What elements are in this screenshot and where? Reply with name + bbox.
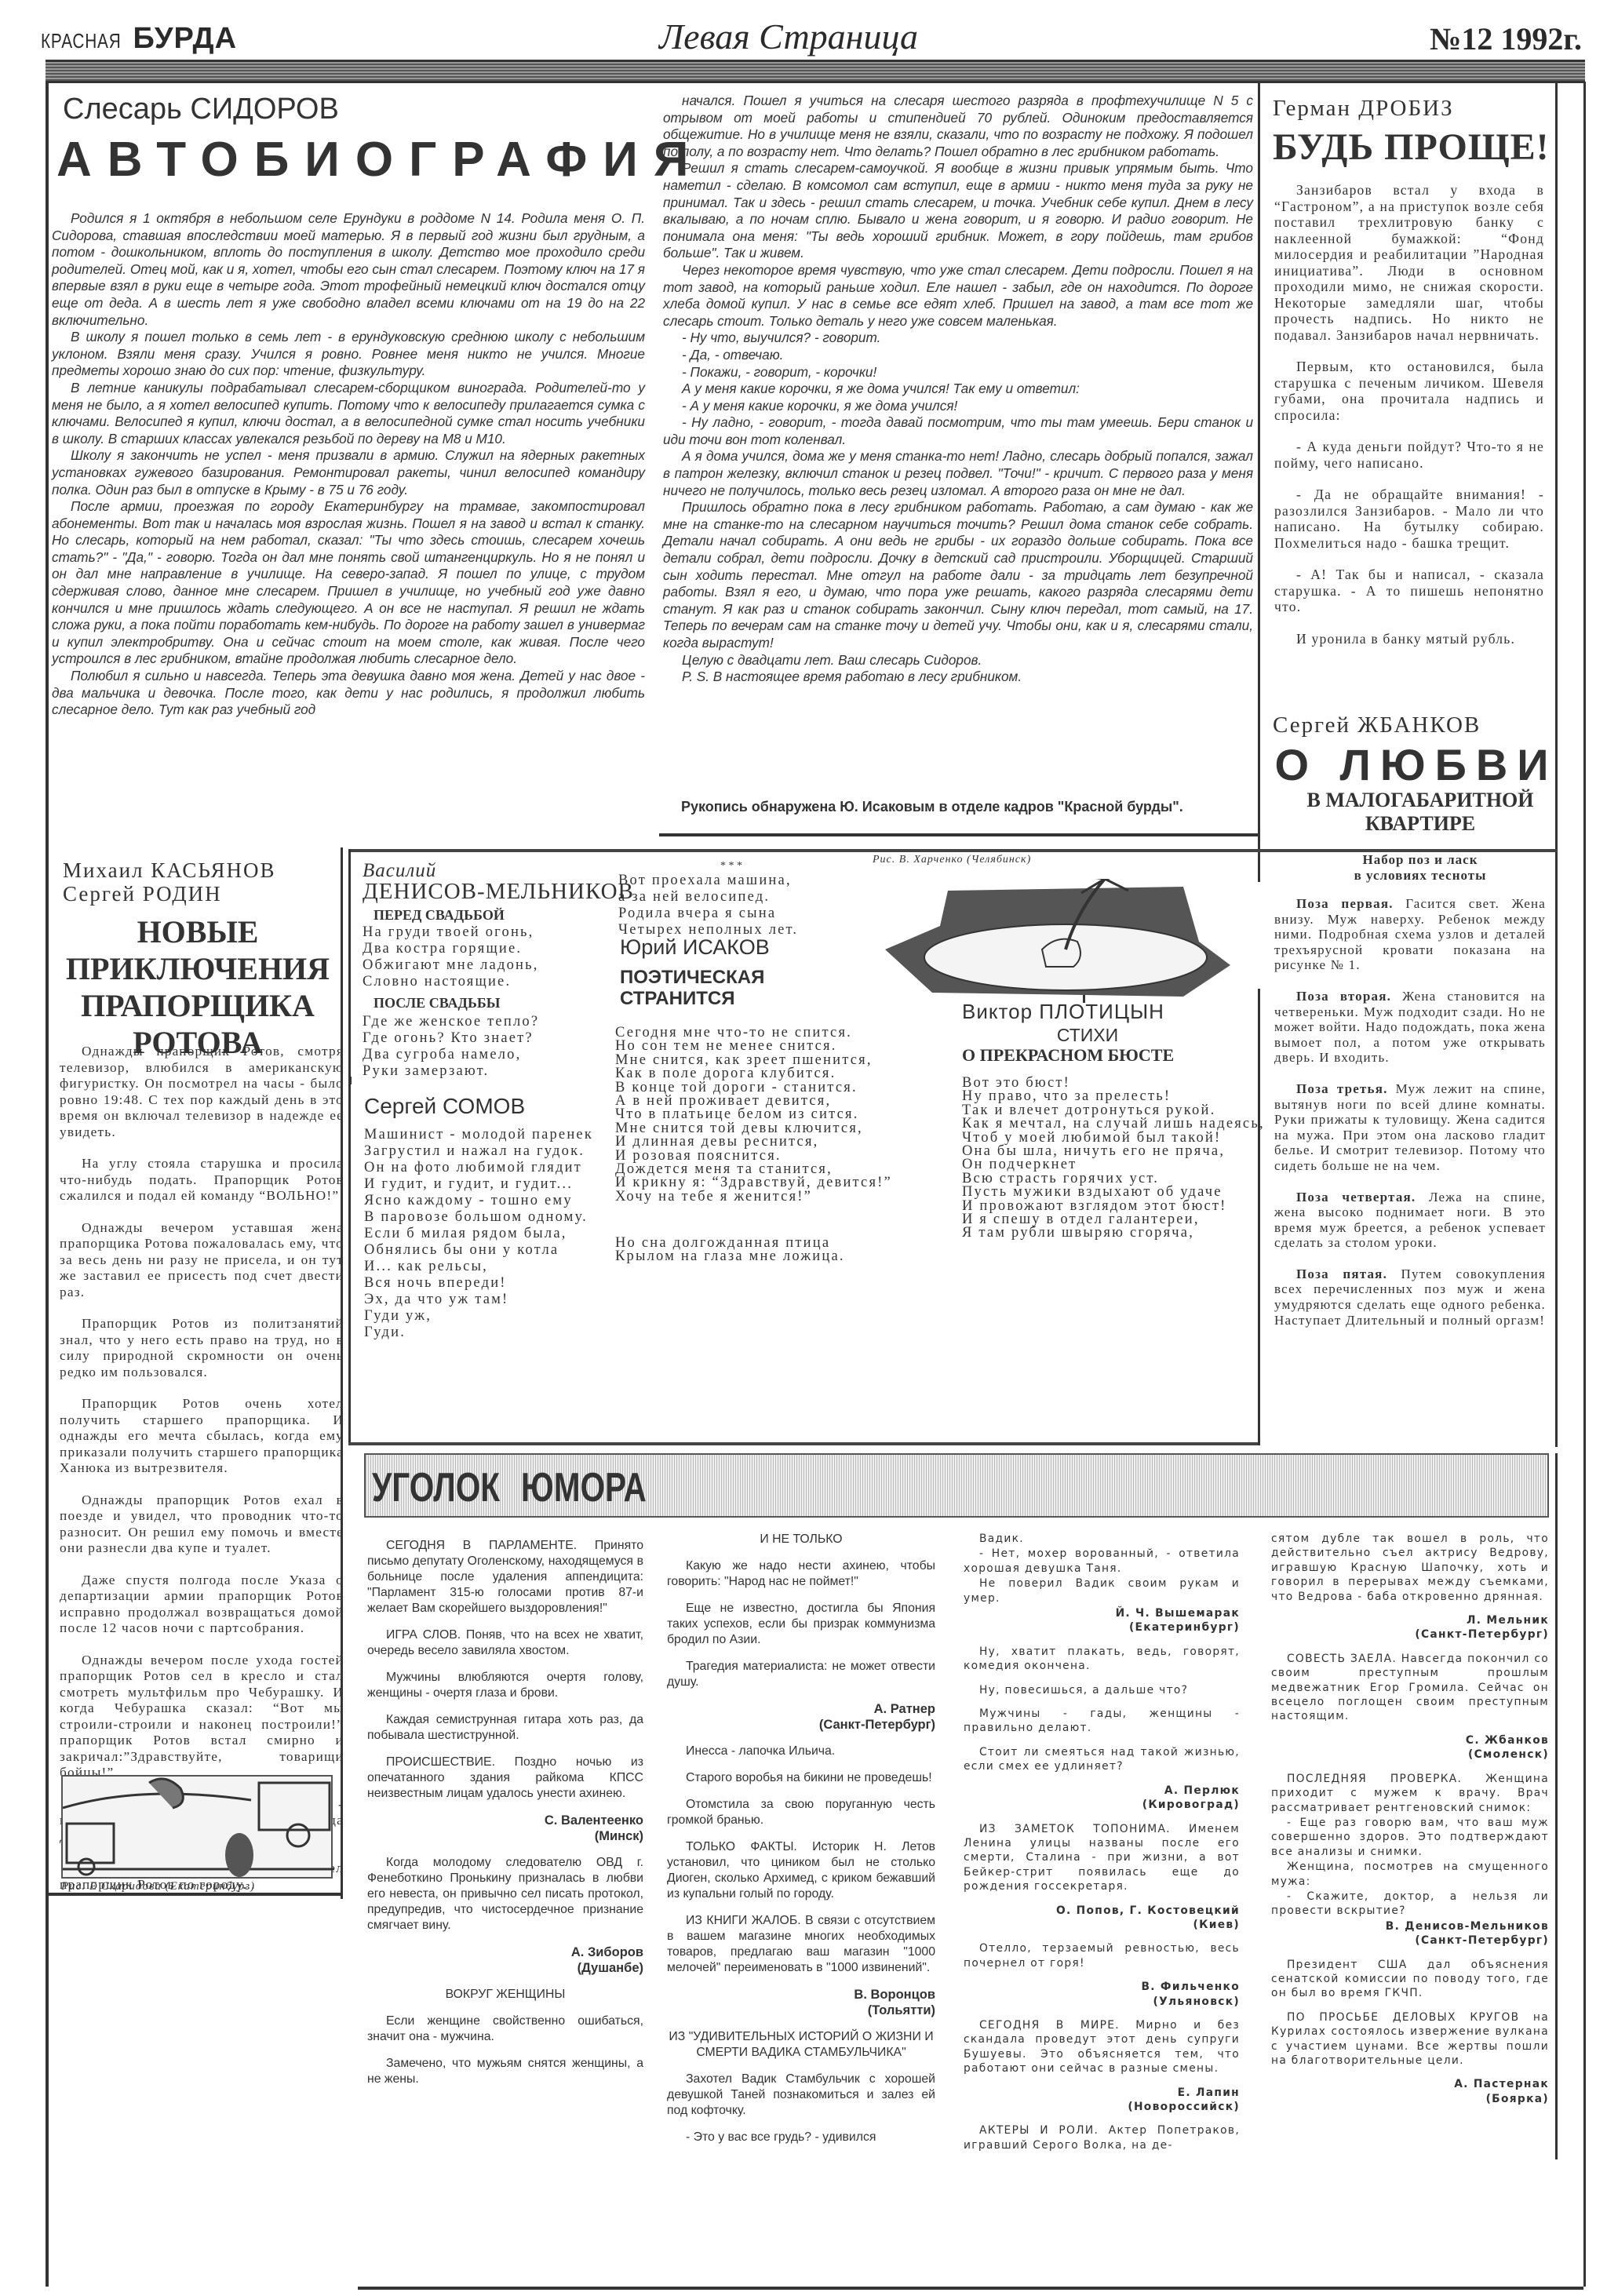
love-item-label: Поза третья. — [1296, 1081, 1388, 1096]
humor-item: Вадик. — [964, 1532, 1240, 1546]
poem-line: Ясно каждому - тошно ему — [364, 1193, 593, 1209]
humor-item: - Скажите, доктор, а нельзя ли провести … — [1271, 1890, 1549, 1919]
poem-line: Хочу на тебе я женится!” — [615, 1190, 892, 1204]
poem-line: Я там рубли швыряю сгоряча, — [962, 1226, 1265, 1240]
humor-signature: Й. Ч. Вышемарак — [964, 1606, 1240, 1620]
street-scene-icon — [63, 1777, 334, 1880]
paragraph: - Да, - отвечаю. — [663, 347, 1253, 364]
humor-heading: ВОКРУГ ЖЕНЩИНЫ — [367, 1987, 643, 2003]
poem-stars: Вот проехала машина,а за ней велосипед.Р… — [618, 873, 798, 938]
poem-line: Два сугроба намело, — [363, 1047, 539, 1063]
humor-item: Мужчины - гады, женщины - правильно дела… — [964, 1707, 1240, 1736]
poem-isakov-ending: Но сна долгожданная птицаКрылом на глаза… — [615, 1237, 845, 1264]
paragraph: - А! Так бы и написал, - сказала старушк… — [1274, 567, 1544, 615]
poem-line: Вот проехала машина, — [618, 873, 798, 889]
love-item: Поза вторая. Жена становится на четверен… — [1274, 989, 1546, 1066]
humor-item: СЕГОДНЯ В МИРЕ. Мирно и без скандала про… — [964, 2018, 1240, 2076]
poem-line: Если б милая рядом была, — [364, 1226, 593, 1242]
isakov-author: Юрий ИСАКОВ — [620, 935, 770, 960]
poem-line: И... как рельсы, — [364, 1259, 593, 1275]
humor-signature: А. Перлюк — [964, 1784, 1240, 1798]
stars-mark: * * * — [669, 860, 794, 873]
masthead-bar — [46, 60, 1585, 83]
humor-item: СОВЕСТЬ ЗАЕЛА. Навсегда покончил со свои… — [1271, 1652, 1549, 1724]
issue-number: №12 1992г. — [1430, 20, 1582, 57]
love-lead: Набор поз и ласк в условиях тесноты — [1287, 852, 1554, 884]
love-author: Сергей ЖБАНКОВ — [1273, 712, 1481, 738]
frame-left-rule — [46, 82, 49, 2287]
paragraph: Пришлось обратно пока в лесу грибником р… — [663, 499, 1253, 651]
humor-item: Ну, хватит плакать, ведь, говорят, комед… — [964, 1645, 1240, 1674]
paragraph: Школу я закончить не успел - меня призва… — [52, 447, 645, 498]
simpler-title: БУДЬ ПРОЩЕ! — [1273, 126, 1550, 169]
humor-item: Ну, повесишься, а дальше что? — [964, 1683, 1240, 1697]
paragraph: Даже спустя полгода после Указа о департ… — [60, 1573, 344, 1637]
humor-item: Женщина, посмотрев на смущенного мужа: — [1271, 1860, 1549, 1889]
poem-line: Машинист - молодой паренек — [364, 1127, 593, 1143]
humor-signature: (Санкт-Петербург) — [1271, 1933, 1549, 1948]
humor-item: АКТЕРЫ И РОЛИ. Актер Попетраков, игравши… — [964, 2123, 1240, 2152]
humor-signature: В. Фильченко — [964, 1980, 1240, 1994]
logo-big: БУРДА — [133, 22, 237, 55]
humor-signature: (Минск) — [367, 1828, 643, 1844]
poem-line: Крылом на глаза мне ложица. — [615, 1250, 845, 1263]
humor-item: ИЗ КНИГИ ЖАЛОБ. В связи с отсутствием в … — [667, 1913, 935, 1976]
humor-signature: (Киев) — [964, 1918, 1240, 1932]
rotov-authors: Михаил КАСЬЯНОВ Сергей РОДИН — [63, 858, 276, 906]
humor-item: ПОСЛЕДНЯЯ ПРОВЕРКА. Женщина приходит с м… — [1271, 1772, 1549, 1815]
humor-column-4: сятом дубле так вошел в роль, что действ… — [1271, 1532, 1549, 2116]
poem-line: И гудит, и гудит, и гудит... — [364, 1176, 593, 1193]
humor-signature: (Боярка) — [1271, 2092, 1549, 2106]
poem-line: Загрустил и нажал на гудок. — [364, 1143, 593, 1160]
poem-line: Два костра горящие. — [363, 941, 539, 957]
masthead-logo: КРАСНАЯ БУРДА — [41, 22, 237, 56]
rotov-illustration — [61, 1775, 333, 1879]
humor-item: Отелло, терзаемый ревностью, весь почерн… — [964, 1941, 1240, 1970]
humor-column-2: И НЕ ТОЛЬКОКакую же надо нести ахинею, ч… — [667, 1532, 935, 2156]
humor-item: ТОЛЬКО ФАКТЫ. Историк Н. Летов установил… — [667, 1839, 935, 1902]
isakov-title: ПОЭТИЧЕСКАЯ СТРАНИТСЯ — [620, 967, 764, 1009]
rotov-right-rule — [341, 847, 343, 1899]
love-subtitle: В МАЛОГАБАРИТНОЙ КВАРТИРЕ — [1287, 789, 1554, 836]
humor-item: ПО ПРОСЬБЕ ДЕЛОВЫХ КРУГОВ на Курилах сос… — [1271, 2010, 1549, 2068]
paragraph: А у меня какие корочки, я же дома учился… — [663, 381, 1253, 398]
rotov-author-2: Сергей РОДИН — [63, 882, 276, 906]
humor-item: сятом дубле так вошел в роль, что действ… — [1271, 1532, 1549, 1604]
humor-item: Трагедия материалиста: не может отвести … — [667, 1659, 935, 1690]
autobio-footnote: Рукопись обнаружена Ю. Исаковым в отделе… — [681, 799, 1183, 816]
rotov-caption: Рис. Е Скаридова (Екатеринбург) — [61, 1880, 255, 1893]
paragraph: Занзибаров встал у входа в “Гастроном”, … — [1274, 182, 1544, 343]
humor-item: Каждая семиструнная гитара хоть раз, да … — [367, 1712, 643, 1744]
paragraph: Первым, кто остановился, была старушка с… — [1274, 359, 1544, 423]
humor-item: Какую же надо нести ахинею, чтобы говори… — [667, 1558, 935, 1590]
humor-item: ИГРА СЛОВ. Поняв, что на всех не хватит,… — [367, 1627, 643, 1659]
love-item: Поза четвертая. Лежа на спине, жена высо… — [1274, 1190, 1546, 1251]
humor-signature: В. Денисов-Мельников — [1271, 1919, 1549, 1933]
poem-after-wedding-title: ПОСЛЕ СВАДЬБЫ — [374, 995, 500, 1011]
humor-item: Отомстила за свою поруганную честь громк… — [667, 1797, 935, 1828]
poem-before-wedding: На груди твоей огонь,Два костра горящие.… — [363, 924, 539, 990]
paragraph: - Ну ладно, - говорит, - тогда давай пос… — [663, 414, 1253, 448]
humor-signature: С. Валентеенко — [367, 1813, 643, 1828]
paragraph: На углу стояла старушка и просила что-ни… — [60, 1156, 344, 1204]
isakov-title-1: ПОЭТИЧЕСКАЯ — [620, 967, 764, 988]
poem-before-wedding-title: ПЕРЕД СВАДЬБОЙ — [374, 907, 505, 924]
humor-signature: С. Жбанков — [1271, 1733, 1549, 1748]
column-divider-right — [1555, 82, 1558, 1447]
section-title: Левая Страница — [659, 16, 918, 57]
paragraph: - Ну что, выучился? - говорит. — [663, 330, 1253, 347]
poem-line: Обнялись бы они у котла — [364, 1242, 593, 1259]
humor-signature: О. Попов, Г. Костовецкий — [964, 1904, 1240, 1918]
poem-line: Вся ночь впереди! — [364, 1275, 593, 1292]
humor-signature: (Смоленск) — [1271, 1748, 1549, 1762]
poem-line: На груди твоей огонь, — [363, 924, 539, 941]
poem-box-notch — [348, 1077, 352, 1084]
poem-line: Где же женское тепло? — [363, 1014, 539, 1030]
humor-column-3: Вадик.- Нет, мохер ворованный, - ответил… — [964, 1532, 1240, 2162]
frame-right-rule — [1583, 82, 1586, 2287]
paragraph: - Да не обращайте внимания! - разозлился… — [1274, 487, 1544, 551]
poem-after-wedding: Где же женское тепло?Где огонь? Кто знае… — [363, 1014, 539, 1080]
island-caption: Рис. В. Харченко (Челябинск) — [873, 854, 1031, 866]
humor-item: - Нет, мохер ворованный, - ответила хоро… — [964, 1547, 1240, 1576]
poem-somov: Машинист - молодой паренекЗагрустил и на… — [364, 1127, 593, 1341]
humor-signature: Л. Мельник — [1271, 1613, 1549, 1627]
paragraph: Однажды вечером уставшая жена прапорщика… — [60, 1220, 344, 1301]
paragraph: А я дома учился, дома же у меня станка-т… — [663, 448, 1253, 499]
poem-line: а за ней велосипед. — [618, 889, 798, 906]
humor-item: Когда молодому следователю ОВД г. Фенебо… — [367, 1855, 643, 1933]
love-lead-2: в условиях тесноты — [1287, 868, 1554, 884]
humor-signature: А. Ратнер — [667, 1701, 935, 1717]
humor-item: СЕГОДНЯ В ПАРЛАМЕНТЕ. Принято письмо деп… — [367, 1538, 643, 1616]
poem-line: В паровозе большом одному. — [364, 1209, 593, 1226]
humor-item: Еще не известно, достигла бы Япония таки… — [667, 1601, 935, 1648]
humor-item: - Еще раз говорю вам, что ваш муж соверш… — [1271, 1816, 1549, 1859]
humor-right-rule — [1555, 1453, 1558, 2159]
humor-item: Мужчины влюбляются очертя голову, женщин… — [367, 1670, 643, 1701]
humor-item: Замечено, что мужьям снятся женщины, а н… — [367, 2056, 643, 2087]
page-bottom-rule — [358, 2287, 1583, 2290]
humor-signature: (Душанбе) — [367, 1960, 643, 1976]
poem-line: Как в поле дорога клубится. — [615, 1067, 892, 1081]
love-body: Поза первая. Гасится свет. Жена внизу. М… — [1274, 896, 1546, 1343]
humor-signature: (Екатеринбург) — [964, 1620, 1240, 1635]
humor-item: Президент США дал объяснения сенатской к… — [1271, 1958, 1549, 2001]
love-item-label: Поза первая. — [1296, 896, 1394, 911]
logo-small: КРАСНАЯ — [41, 29, 122, 53]
paragraph: После армии, проезжая по городу Екатерин… — [52, 498, 645, 668]
paragraph: Целую с двадцати лет. Ваш слесарь Сидоро… — [663, 652, 1253, 669]
humor-signature: (Тольятти) — [667, 2003, 935, 2018]
humor-item: ПРОИСШЕСТВИЕ. Поздно ночью из опечатанно… — [367, 1755, 643, 1802]
poem-line: Обжигают мне ладонь, — [363, 957, 539, 974]
poem-line: Где огонь? Кто знает? — [363, 1030, 539, 1047]
somov-author: Сергей СОМОВ — [364, 1094, 525, 1119]
autobio-title: АВТОБИОГРАФИЯ — [56, 132, 704, 188]
love-title: О ЛЮБВИ — [1255, 739, 1577, 790]
paragraph: Полюбил я сильно и навсегда. Теперь эта … — [52, 668, 645, 719]
island-illustration — [885, 879, 1238, 997]
humor-item: ИЗ ЗАМЕТОК ТОПОНИМА. Именем Ленина улицы… — [964, 1822, 1240, 1894]
humor-signature: А. Зиборов — [367, 1944, 643, 1960]
humor-column-1: СЕГОДНЯ В ПАРЛАМЕНТЕ. Принято письмо деп… — [367, 1538, 643, 2098]
poem-isakov: Сегодня мне что-то не спится.Но сон тем … — [615, 1026, 892, 1204]
poem-plotitsyn: Вот это бюст!Ну право, что за прелесть!Т… — [962, 1077, 1265, 1241]
humor-signature: А. Пастернак — [1271, 2077, 1549, 2091]
autobio-column-1: Родился я 1 октября в небольшом селе Еру… — [52, 210, 645, 719]
poems-bottom-rule — [348, 1442, 1259, 1445]
humor-signature: Е. Лапин — [964, 2086, 1240, 2100]
plotitsyn-right-rule — [1258, 989, 1260, 1445]
paragraph: P. S. В настоящее время работаю в лесу г… — [663, 669, 1253, 686]
poem-line: Он на фото любимой глядит — [364, 1160, 593, 1176]
paragraph: Решил я стать слесарем-самоучкой. Я вооб… — [663, 160, 1253, 262]
love-item: Поза третья. Муж лежит на спине, вытянув… — [1274, 1081, 1546, 1174]
paragraph: Однажды прапорщик Ротов ехал в поезде и … — [60, 1492, 344, 1557]
paragraph: начался. Пошел я учиться на слесаря шест… — [663, 93, 1253, 160]
paragraph: - А у меня какие корочки, я же дома учил… — [663, 398, 1253, 415]
rotov-bottom-rule — [46, 1893, 341, 1896]
autobio-column-2: начался. Пошел я учиться на слесаря шест… — [663, 93, 1253, 686]
humor-item: Стоит ли смеяться над такой жизнью, если… — [964, 1745, 1240, 1774]
poems-top-rule — [348, 849, 1557, 852]
love-lead-1: Набор поз и ласк — [1287, 852, 1554, 868]
humor-signature: (Новороссийск) — [964, 2100, 1240, 2114]
humor-signature: (Кировоград) — [964, 1798, 1240, 1812]
poem-line: Эх, да что уж там! — [364, 1292, 593, 1308]
love-item: Поза пятая. Путем совокупления всех пере… — [1274, 1266, 1546, 1328]
humor-item: Не поверил Вадик своим рукам и умер. — [964, 1576, 1240, 1605]
plotitsyn-title-2: О ПРЕКРАСНОМ БЮСТЕ — [962, 1045, 1213, 1066]
rotov-title: НОВЫЕ ПРИКЛЮЧЕНИЯ ПРАПОРЩИКА РОТОВА — [52, 913, 344, 1061]
paragraph: Однажды вечером после ухода гостей прапо… — [60, 1653, 344, 1781]
humor-signature: (Санкт-Петербург) — [667, 1717, 935, 1733]
humor-item: Инесса - лапочка Ильича. — [667, 1744, 935, 1759]
poem-line: Словно настоящие. — [363, 974, 539, 990]
denisov-last-name: ДЕНИСОВ-МЕЛЬНИКОВ — [363, 879, 634, 905]
paragraph: Через некоторое время чувствую, что уже … — [663, 262, 1253, 330]
isakov-title-2: СТРАНИТСЯ — [620, 988, 764, 1009]
humor-banner: УГОЛОК ЮМОРА — [364, 1453, 1549, 1518]
humor-item: Старого воробья на бикини не проведешь! — [667, 1770, 935, 1786]
love-item: Поза первая. Гасится свет. Жена внизу. М… — [1274, 896, 1546, 973]
plotitsyn-author: Виктор ПЛОТИЦЫН — [962, 1000, 1164, 1024]
plotitsyn-title-1: СТИХИ — [962, 1025, 1213, 1045]
poem-line: Как я мечтал, на случай лишь надеясь, — [962, 1117, 1265, 1131]
poems-left-rule — [348, 849, 351, 1445]
desert-island-icon — [885, 879, 1238, 997]
paragraph: В летние каникулы подрабатывал слесарем-… — [52, 380, 645, 447]
paragraph: Прапорщик Ротов очень хотел получить ста… — [60, 1396, 344, 1477]
love-item-label: Поза пятая. — [1296, 1266, 1387, 1281]
humor-heading: ИЗ "УДИВИТЕЛЬНЫХ ИСТОРИЙ О ЖИЗНИ И СМЕРТ… — [667, 2029, 935, 2061]
love-item-label: Поза вторая. — [1296, 989, 1391, 1004]
humor-signature: (Ульяновск) — [964, 1995, 1240, 2009]
poem-line: Руки замерзают. — [363, 1063, 539, 1080]
paragraph: Прапорщик Ротов из политзанятий знал, чт… — [60, 1316, 344, 1380]
humor-item: Захотел Вадик Стамбульчик с хорошей деву… — [667, 2072, 935, 2119]
simpler-author: Герман ДРОБИЗ — [1273, 96, 1454, 122]
paragraph: - А куда деньги пойдут? Что-то я не пойм… — [1274, 439, 1544, 471]
paragraph: И уронила в банку мятый рубль. — [1274, 631, 1544, 647]
paragraph: Родился я 1 октября в небольшом селе Еру… — [52, 210, 645, 329]
poem-line: Гуди. — [364, 1325, 593, 1341]
rotov-author-1: Михаил КАСЬЯНОВ — [63, 858, 276, 882]
paragraph: Однажды прапорщик Ротов, смотря телевизо… — [60, 1044, 344, 1140]
humor-heading: И НЕ ТОЛЬКО — [667, 1532, 935, 1547]
poem-line: Родила вчера я сына — [618, 906, 798, 922]
paragraph: - Покажи, - говорит, - корочки! — [663, 364, 1253, 381]
humor-item: - Это у вас все грудь? - удивился — [667, 2130, 935, 2145]
humor-signature: В. Воронцов — [667, 1987, 935, 2003]
section-divider — [659, 833, 1259, 836]
humor-banner-title: УГОЛОК ЮМОРА — [372, 1464, 647, 1511]
humor-item: Если женщине свойственно ошибаться, знач… — [367, 2014, 643, 2045]
poem-line: Гуди уж, — [364, 1308, 593, 1325]
plotitsyn-title: СТИХИ О ПРЕКРАСНОМ БЮСТЕ — [962, 1025, 1213, 1066]
autobio-author: Слесарь СИДОРОВ — [63, 93, 339, 126]
humor-signature: (Санкт-Петербург) — [1271, 1627, 1549, 1642]
love-item-label: Поза четвертая. — [1296, 1190, 1416, 1204]
paragraph: В школу я пошел только в семь лет - в ер… — [52, 329, 645, 380]
simpler-body: Занзибаров встал у входа в “Гастроном”, … — [1274, 182, 1544, 662]
